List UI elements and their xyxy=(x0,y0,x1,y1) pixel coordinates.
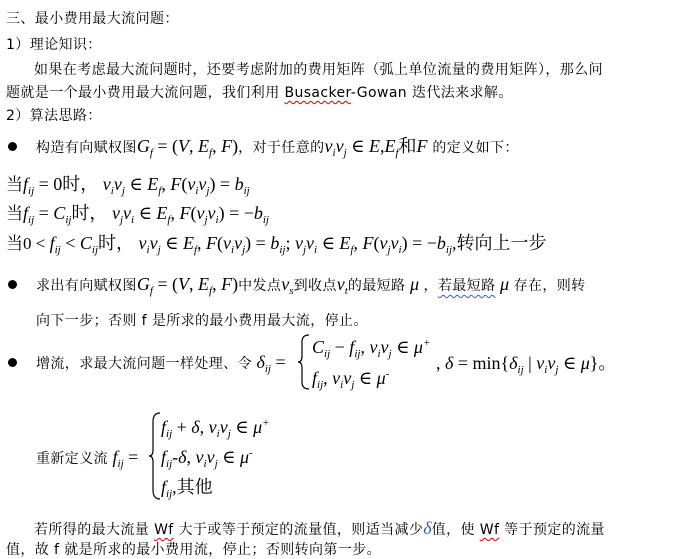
step2-vs: vs xyxy=(281,274,293,294)
delta-case-2: fij, vivj ∈ μ- xyxy=(312,368,389,390)
case3-vv: vivj xyxy=(223,233,245,253)
r2-d: δ xyxy=(178,447,186,467)
step2-ef: Ef xyxy=(198,274,212,294)
case3-vv2: vjvi xyxy=(379,233,401,253)
theory-heading: 1）理论知识： xyxy=(6,35,102,55)
case1-F: F xyxy=(170,174,181,194)
step2-vt: vt xyxy=(337,274,348,294)
case3-ef2: Ef xyxy=(339,233,353,253)
theory-paragraph-line1: 如果在考虑最大流问题时，还要考虑附加的费用矩阵（弧上单位流量的费用矩阵），那么问 xyxy=(34,60,603,80)
case1-v: vivj xyxy=(98,174,125,194)
step3-pre: 增流，求最大流问题一样处理、令 xyxy=(36,356,252,372)
case2-f: fij xyxy=(23,203,34,223)
algorithm-heading: 2）算法思路： xyxy=(6,106,102,126)
step2-post: 存在，则转 xyxy=(514,278,586,294)
theory-text: 题就是一个最小费用最大流问题，我们利用 xyxy=(6,85,284,101)
step2-mid1: 中发点 xyxy=(238,278,281,294)
r1-d: δ xyxy=(191,417,199,437)
step2-eq: = ( xyxy=(153,274,178,294)
step2-line2: 向下一步；否则 f 是所求的最小费用最大流，停止。 xyxy=(36,311,368,331)
step2-line1: 求出有向赋权图Gf = (V, Ef, F)中发点vs到收点vt的最短路 μ ，… xyxy=(36,274,586,296)
dm-mu: μ xyxy=(581,353,590,373)
case3-p2: ) = xyxy=(245,233,270,253)
step1-mid: ，对于任意的 xyxy=(238,140,324,156)
wf-misspelled-2: Wf xyxy=(480,522,500,538)
r2-c: , xyxy=(187,447,196,467)
final-mid2: 值，使 xyxy=(432,522,480,538)
case3-goto: ,转向上一步 xyxy=(452,233,547,253)
case3-v2: vjvi xyxy=(295,233,317,253)
final-pre: 若所得的最大流量 xyxy=(34,522,154,538)
case3-shi: 时， xyxy=(98,233,134,253)
case2-p2: ) = − xyxy=(219,203,254,223)
rd-f: fij xyxy=(108,447,124,467)
dm-bar: | xyxy=(524,353,537,373)
step2-c2: , xyxy=(212,274,221,294)
formula-vivj: vivj xyxy=(325,136,347,156)
formula-graph: Gf xyxy=(137,136,153,156)
formula-e: E xyxy=(369,136,380,156)
case1-dang: 当 xyxy=(6,175,23,194)
case3-lt: < xyxy=(61,233,80,253)
r2-in: ∈ xyxy=(218,447,240,467)
case-1: 当fij = 0时， vivj ∈ Ef, F(vivj) = bij xyxy=(6,174,250,196)
bullet-icon xyxy=(8,142,17,151)
final-line1: 若所得的最大流量 Wf 大于或等于预定的流量值，则适当减少δ值，使 Wf 等于预… xyxy=(34,518,605,540)
formula-f2: F xyxy=(417,136,428,156)
step2-mid2: 到收点 xyxy=(294,278,337,294)
step2-c: , xyxy=(189,274,198,294)
method-name-suffix: -Gowan xyxy=(351,85,407,101)
case3-F2: F xyxy=(362,233,373,253)
grammar-underlined-text: 若最短路 xyxy=(438,278,496,294)
step2-mu: μ xyxy=(405,274,423,294)
dm-comma: , xyxy=(436,353,445,373)
redefine-label-line: 重新定义流 fij = xyxy=(36,447,138,469)
final-delta: δ xyxy=(423,518,431,538)
case-2: 当fij = Cij时， vjvi ∈ Ef, F(vjvi) = −bij xyxy=(6,203,269,225)
step2-g: Gf xyxy=(137,274,153,294)
dc1-c: Cij xyxy=(312,337,330,357)
dc1-in: ∈ xyxy=(392,337,414,357)
case3-dang: 当0 < xyxy=(6,234,50,253)
rd-eq: = xyxy=(124,447,139,467)
section-title: 三、最小费用最大流问题： xyxy=(6,9,179,29)
case2-b: bij xyxy=(254,203,269,223)
formula-ef: Ef xyxy=(198,136,212,156)
case3-ef: Ef xyxy=(183,233,197,253)
redefine-label: 重新定义流 xyxy=(36,451,108,467)
case1-c: , xyxy=(161,174,170,194)
case2-shi: 时， xyxy=(71,203,107,223)
case3-f: fij xyxy=(50,233,61,253)
dc2-v: vivj xyxy=(332,368,354,388)
dm-close: }。 xyxy=(590,353,617,373)
final-post: 等于预定的流量 xyxy=(499,522,605,538)
delta-min: , δ = min{δij | vivj ∈ μ}。 xyxy=(436,353,616,375)
dc1-minus: − xyxy=(330,337,349,357)
case2-vv: vjvi xyxy=(196,203,218,223)
case1-f: fij xyxy=(23,174,34,194)
step1-pre: 构造有向赋权图 xyxy=(36,140,137,156)
dc2-f: fij xyxy=(312,368,323,388)
step1-post: 的定义如下： xyxy=(428,140,519,156)
case3-in: ∈ xyxy=(161,233,183,253)
dc1-f: fij xyxy=(349,337,360,357)
r1-plus: + xyxy=(172,417,191,437)
dm-in: ∈ xyxy=(558,353,580,373)
dc2-mu: μ- xyxy=(377,368,390,388)
theory-paragraph-line2: 题就是一个最小费用最大流问题，我们利用 Busacker-Gowan 迭代法来求… xyxy=(6,83,513,103)
case2-dang: 当 xyxy=(6,204,23,223)
bullet-icon xyxy=(8,358,17,367)
r3-f: fij xyxy=(161,477,172,497)
case3-b: bij xyxy=(270,233,285,253)
formula-comma: , xyxy=(189,136,198,156)
step2-mid4: ， xyxy=(424,278,438,294)
case1-vv: vivj xyxy=(187,174,209,194)
case1-p2: ) = xyxy=(209,174,234,194)
formula-eq: = ( xyxy=(153,136,178,156)
case3-F: F xyxy=(206,233,217,253)
step2-mid3: 的最短路 xyxy=(348,278,406,294)
case3-p4: ) = − xyxy=(402,233,437,253)
final-line2: 值，故 f 就是所求的最小费用流，停止；否则转向第一步。 xyxy=(6,540,381,559)
theory-text-end: 迭代法来求解。 xyxy=(407,85,513,101)
r1-in: ∈ xyxy=(231,417,253,437)
dm-v: vivj xyxy=(536,353,558,373)
delta-case-1: Cij − fij, vivj ∈ μ+ xyxy=(312,337,430,359)
case3-b2: bij xyxy=(437,233,452,253)
case3-in2: ∈ xyxy=(317,233,339,253)
r2-v: vivj xyxy=(196,447,218,467)
case1-eq: = 0时， xyxy=(34,174,98,194)
formula-v: V xyxy=(178,136,189,156)
case2-F: F xyxy=(179,203,190,223)
left-brace-icon xyxy=(148,412,162,500)
method-name-misspelled: Busacker xyxy=(284,85,350,101)
redefine-case-3: fij,其他 xyxy=(161,477,213,499)
dc1-v: vivj xyxy=(369,337,391,357)
redefine-case-1: fij + δ, vivj ∈ μ+ xyxy=(161,417,270,439)
formula-f: F xyxy=(221,136,232,156)
case2-v: vjvi xyxy=(107,203,134,223)
r2-mu: μ- xyxy=(240,447,253,467)
step3-eq: = xyxy=(271,352,286,372)
redefine-case-2: fij-δ, vivj ∈ μ- xyxy=(161,447,253,469)
formula-ef2: Ef xyxy=(384,136,398,156)
step3-line: 增流，求最大流问题一样处理、令 δij = xyxy=(36,352,286,374)
case2-ef: Ef xyxy=(156,203,170,223)
case1-b: bij xyxy=(235,174,250,194)
left-brace-icon xyxy=(297,334,311,390)
step3-delta: δij xyxy=(252,352,271,372)
case2-c: Cij xyxy=(53,203,71,223)
final-mid: 大于或等于预定的流量值，则适当减少 xyxy=(174,522,424,538)
r1-mu: μ+ xyxy=(253,417,269,437)
bullet-icon xyxy=(8,280,17,289)
step2-pre: 求出有向赋权图 xyxy=(36,278,137,294)
formula-comma2: , xyxy=(212,136,221,156)
case1-ef: Ef xyxy=(147,174,161,194)
r1-f: fij xyxy=(161,417,172,437)
formula-and: 和 xyxy=(399,136,417,156)
case3-v: vivj xyxy=(134,233,161,253)
case3-semi: ; xyxy=(285,233,295,253)
dc2-in: ∈ xyxy=(354,368,376,388)
dc1-mu: μ+ xyxy=(414,337,430,357)
step2-f: F xyxy=(221,274,232,294)
case3-c: Cij xyxy=(80,233,98,253)
wf-misspelled: Wf xyxy=(154,522,174,538)
case2-eq: = xyxy=(34,203,53,223)
case3-cm: , xyxy=(197,233,206,253)
formula-in: ∈ xyxy=(347,136,369,156)
step2-v: V xyxy=(178,274,189,294)
step2-mu2: μ xyxy=(496,274,514,294)
r1-c: , xyxy=(200,417,209,437)
case-3: 当0 < fij < Cij时， vivj ∈ Ef, F(vivj) = bi… xyxy=(6,233,547,255)
step1-line: 构造有向赋权图Gf = (V, Ef, F)，对于任意的vivj ∈ E,Ef和… xyxy=(36,136,519,158)
r1-v: vivj xyxy=(209,417,231,437)
case2-in: ∈ xyxy=(134,203,156,223)
dc2-c: , xyxy=(323,368,332,388)
dm-dij: δij xyxy=(509,353,524,373)
r2-f: fij xyxy=(161,447,172,467)
dm-eq: = min{ xyxy=(453,353,509,373)
r3-other: ,其他 xyxy=(172,477,213,497)
case1-in: ∈ xyxy=(125,174,147,194)
